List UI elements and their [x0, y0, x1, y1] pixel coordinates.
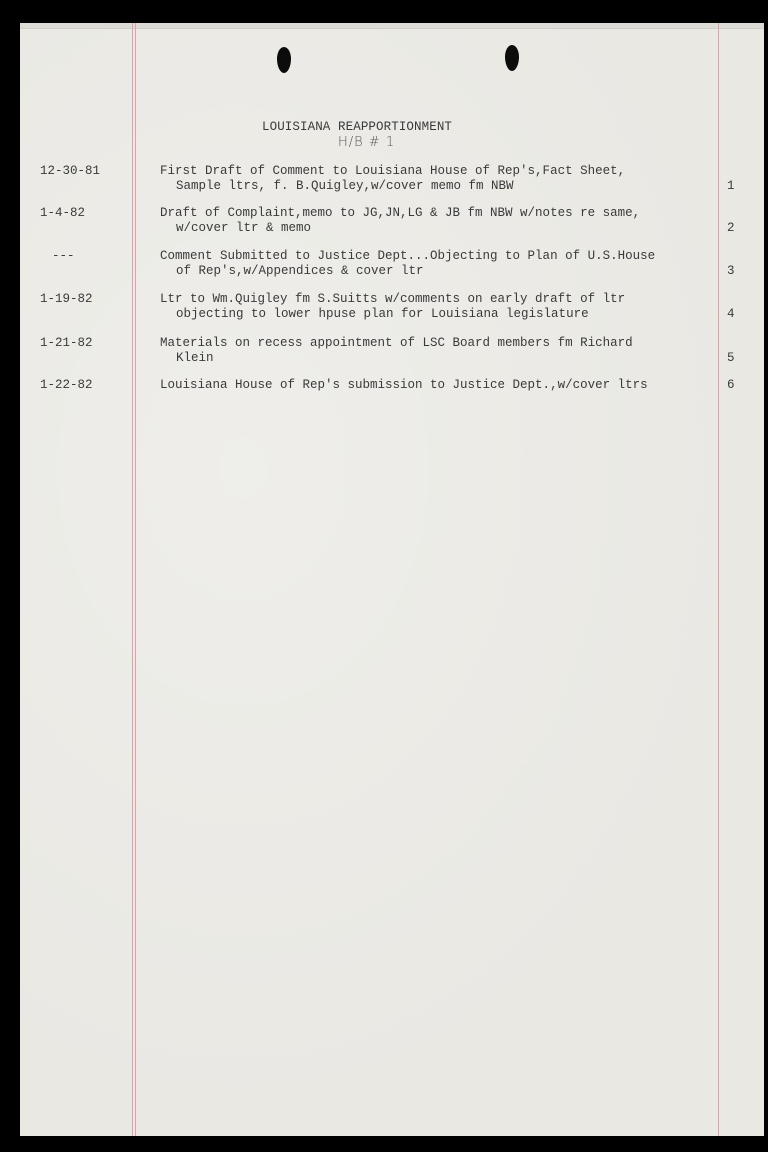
entry-date: 1-4-82: [40, 206, 85, 221]
entry-description-cont: of Rep's,w/Appendices & cover ltr: [176, 264, 424, 279]
entry-number: 5: [727, 351, 735, 366]
left-margin-line: [132, 23, 133, 1136]
entry-description-cont: Klein: [176, 351, 214, 366]
handwritten-note: H/B # 1: [338, 135, 395, 150]
entry-description-cont: w/cover ltr & memo: [176, 221, 311, 236]
entry-date: ---: [52, 249, 75, 264]
document-title: LOUISIANA REAPPORTIONMENT: [262, 120, 452, 134]
entry-number: 6: [727, 378, 735, 393]
entry-description: Ltr to Wm.Quigley fm S.Suitts w/comments…: [160, 292, 740, 307]
entry-description: Materials on recess appointment of LSC B…: [160, 336, 740, 351]
entry-description: First Draft of Comment to Louisiana Hous…: [160, 164, 740, 179]
right-margin-line: [718, 23, 719, 1136]
entry-description: Draft of Complaint,memo to JG,JN,LG & JB…: [160, 206, 740, 221]
entry-description: Comment Submitted to Justice Dept...Obje…: [160, 249, 740, 264]
entry-date: 1-21-82: [40, 336, 93, 351]
document-page: LOUISIANA REAPPORTIONMENT H/B # 1 12-30-…: [20, 23, 764, 1136]
entry-date: 1-19-82: [40, 292, 93, 307]
entry-date: 12-30-81: [40, 164, 100, 179]
entry-description-cont: objecting to lower hpuse plan for Louisi…: [176, 307, 589, 322]
punch-hole-icon: [277, 47, 291, 73]
entry-number: 4: [727, 307, 735, 322]
entry-date: 1-22-82: [40, 378, 93, 393]
left-margin-line-inner: [135, 23, 136, 1136]
entry-number: 2: [727, 221, 735, 236]
entry-number: 1: [727, 179, 735, 194]
entry-number: 3: [727, 264, 735, 279]
punch-hole-icon: [505, 45, 519, 71]
entry-description: Louisiana House of Rep's submission to J…: [160, 378, 740, 393]
entry-description-cont: Sample ltrs, f. B.Quigley,w/cover memo f…: [176, 179, 514, 194]
